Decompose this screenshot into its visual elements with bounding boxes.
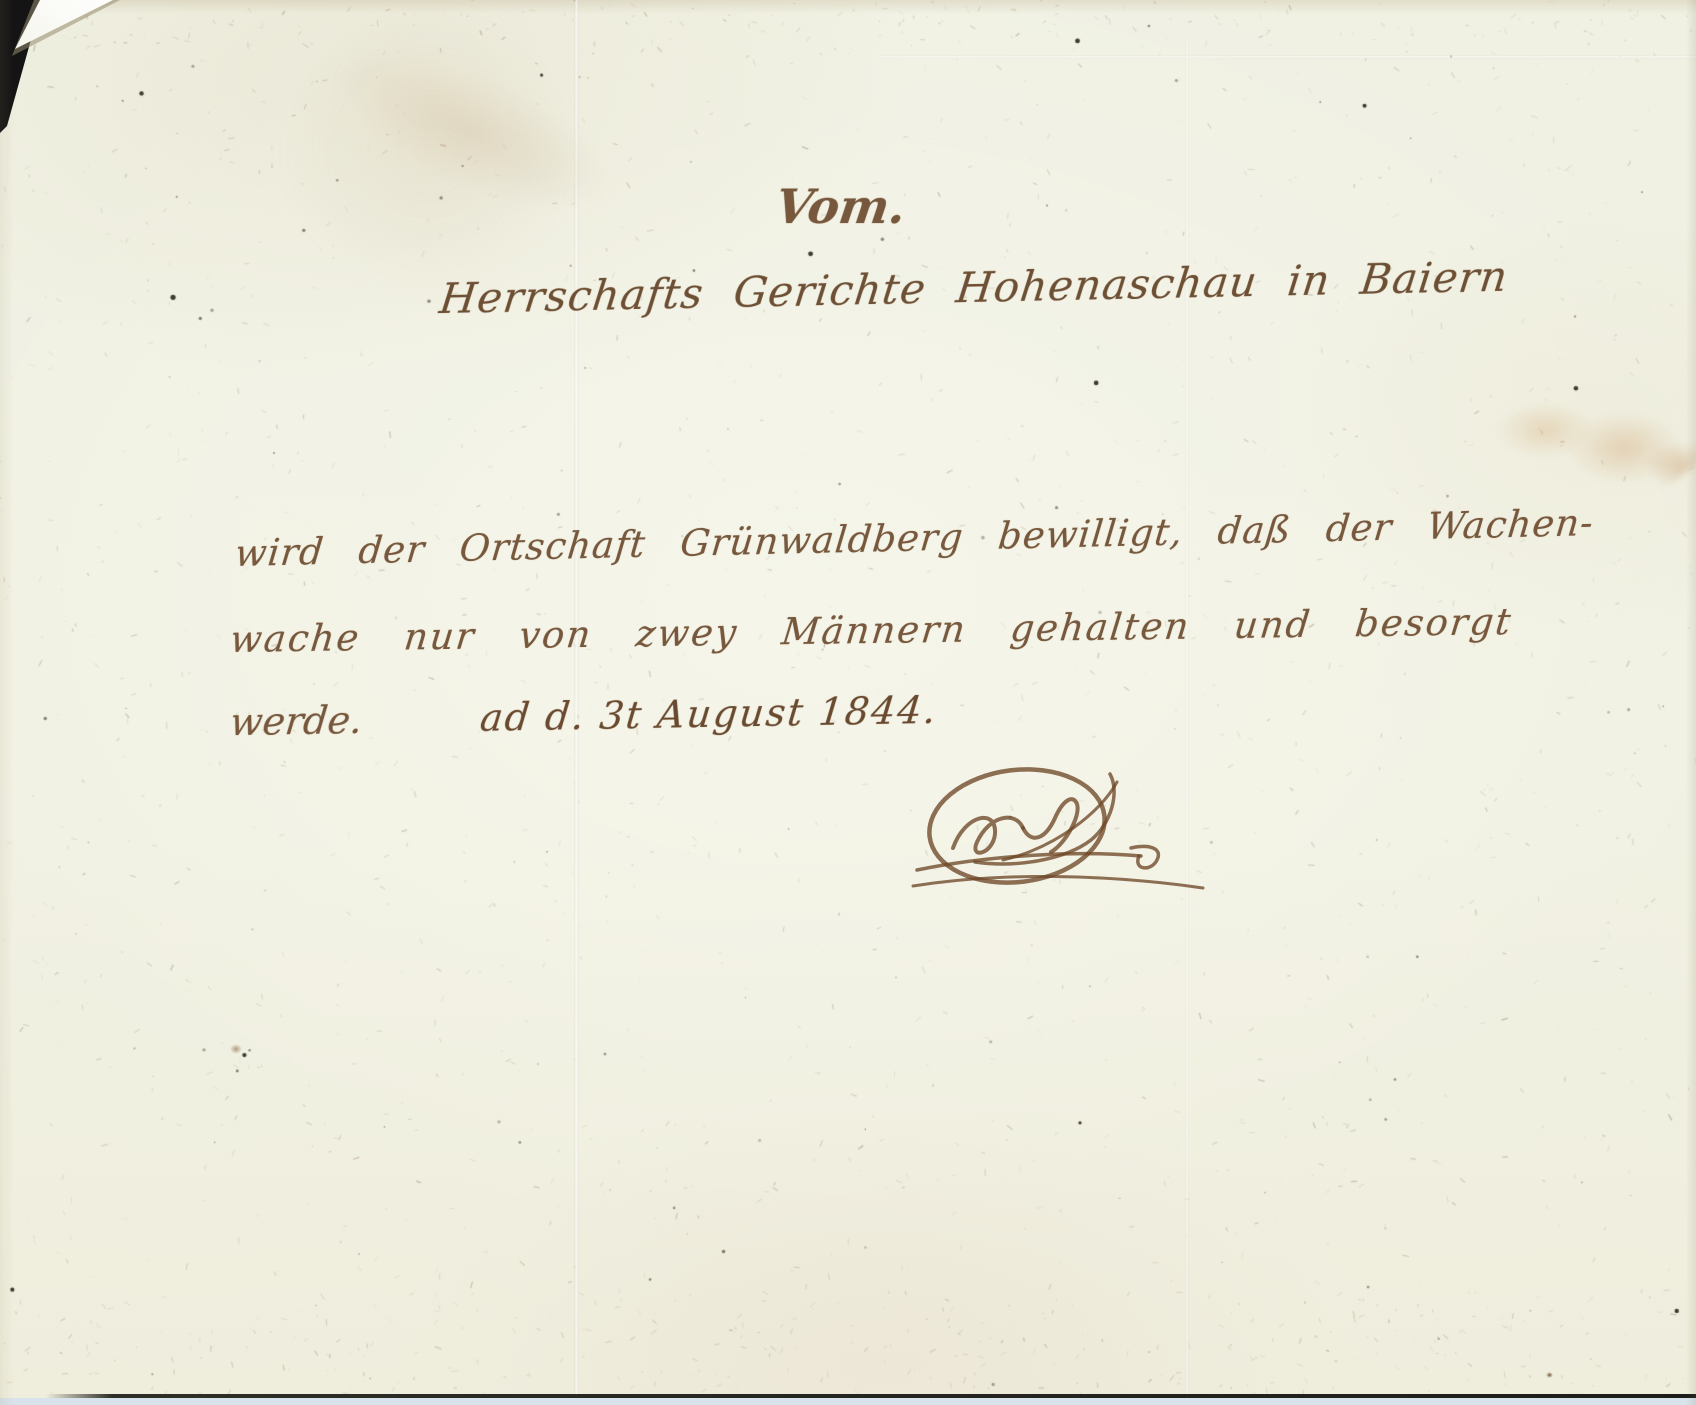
body-line-3-word: werde. (228, 698, 365, 744)
scan-bed-strip (0, 1398, 1696, 1405)
header-line-1: Vom. (772, 180, 909, 235)
dateline: ad d. 3t August 1844. (478, 688, 940, 740)
signature-paraph (905, 752, 1210, 907)
scanned-letter-page: Vom. Herrschafts Gerichte Hohenaschau in… (0, 0, 1696, 1405)
water-stain (1478, 382, 1696, 502)
aged-shading (280, 0, 580, 300)
small-speck (1546, 1372, 1553, 1378)
ink-spot (230, 1044, 242, 1054)
